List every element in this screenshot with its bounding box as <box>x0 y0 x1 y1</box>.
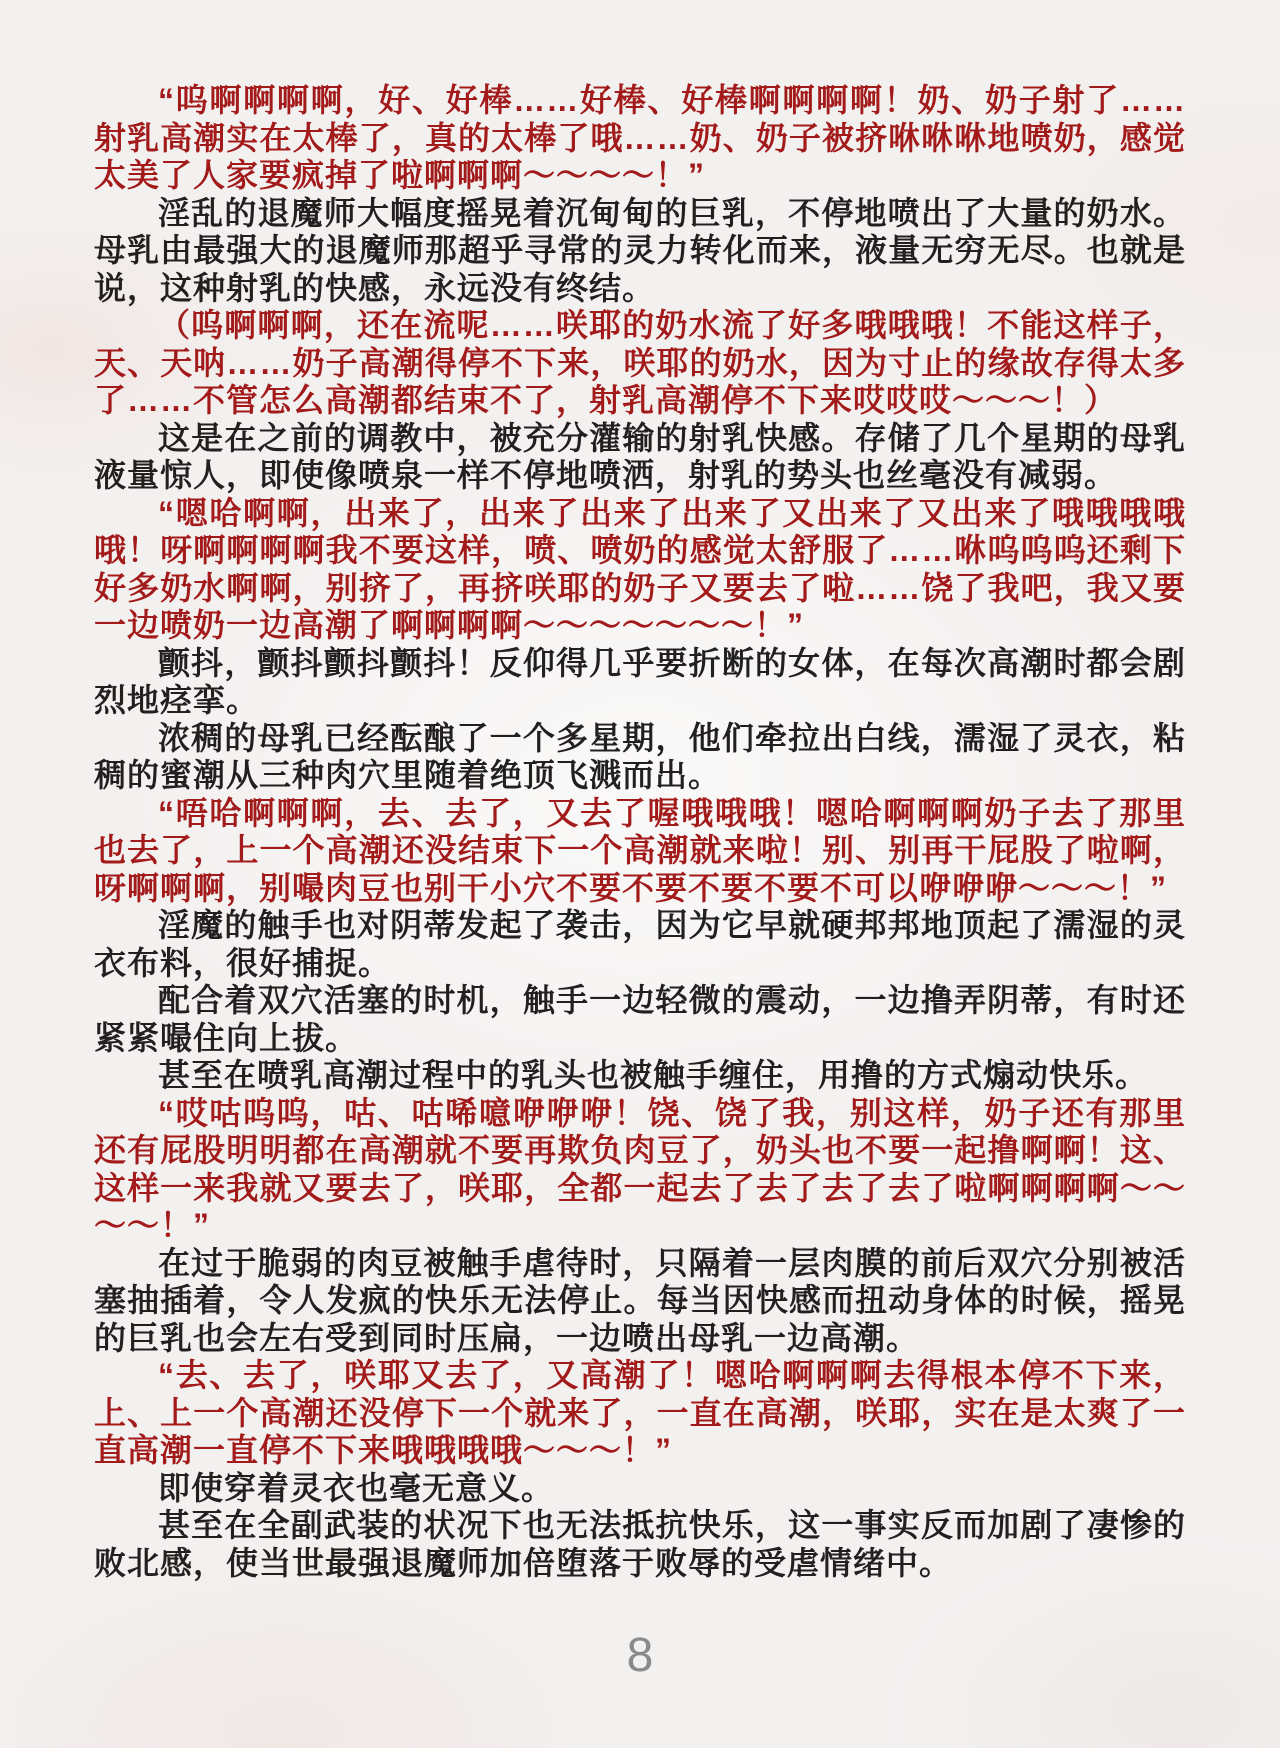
narration-paragraph: 颤抖，颤抖颤抖颤抖！反仰得几乎要折断的女体，在每次高潮时都会剧烈地痉挛。 <box>94 645 1186 720</box>
text-block: “呜啊啊啊啊，好、好棒……好棒、好棒啊啊啊啊！奶、奶子射了……射乳高潮实在太棒了… <box>94 82 1186 1582</box>
narration-paragraph: 在过于脆弱的肉豆被触手虐待时，只隔着一层肉膜的前后双穴分别被活塞抽插着，令人发疯… <box>94 1245 1186 1358</box>
narration-paragraph: 这是在之前的调教中，被充分灌输的射乳快感。存储了几个星期的母乳液量惊人，即使像喷… <box>94 420 1186 495</box>
narration-paragraph: 淫魔的触手也对阴蒂发起了袭击，因为它早就硬邦邦地顶起了濡湿的灵衣布料，很好捕捉。 <box>94 907 1186 982</box>
dialogue-paragraph: “嗯哈啊啊，出来了，出来了出来了出来了又出来了又出来了哦哦哦哦哦！呀啊啊啊啊我不… <box>94 495 1186 645</box>
narration-paragraph: 即使穿着灵衣也毫无意义。 <box>94 1470 1186 1508</box>
narration-paragraph: 甚至在喷乳高潮过程中的乳头也被触手缠住，用撸的方式煽动快乐。 <box>94 1057 1186 1095</box>
dialogue-paragraph: “唔哈啊啊啊，去、去了，又去了喔哦哦哦！嗯哈啊啊啊奶子去了那里也去了，上一个高潮… <box>94 795 1186 908</box>
narration-paragraph: 淫乱的退魔师大幅度摇晃着沉甸甸的巨乳，不停地喷出了大量的奶水。母乳由最强大的退魔… <box>94 195 1186 308</box>
dialogue-paragraph: “哎咕呜呜，咕、咕唏噫咿咿咿！饶、饶了我，别这样，奶子还有那里还有屁股明明都在高… <box>94 1095 1186 1245</box>
dialogue-paragraph: “呜啊啊啊啊，好、好棒……好棒、好棒啊啊啊啊！奶、奶子射了……射乳高潮实在太棒了… <box>94 82 1186 195</box>
narration-paragraph: 配合着双穴活塞的时机，触手一边轻微的震动，一边撸弄阴蒂，有时还紧紧嘬住向上拔。 <box>94 982 1186 1057</box>
page-number: 8 <box>0 1628 1280 1683</box>
dialogue-paragraph: “去、去了，咲耶又去了，又高潮了！嗯哈啊啊啊去得根本停不下来，上、上一个高潮还没… <box>94 1357 1186 1470</box>
narration-paragraph: 浓稠的母乳已经酝酿了一个多星期，他们牵拉出白线，濡湿了灵衣，粘稠的蜜潮从三种肉穴… <box>94 720 1186 795</box>
narration-paragraph: 甚至在全副武装的状况下也无法抵抗快乐，这一事实反而加剧了凄惨的败北感，使当世最强… <box>94 1507 1186 1582</box>
novel-page: { "page": { "number": "8", "colors": { "… <box>0 0 1280 1748</box>
dialogue-paragraph: （呜啊啊啊，还在流呢……咲耶的奶水流了好多哦哦哦！不能这样子，天、天呐……奶子高… <box>94 307 1186 420</box>
